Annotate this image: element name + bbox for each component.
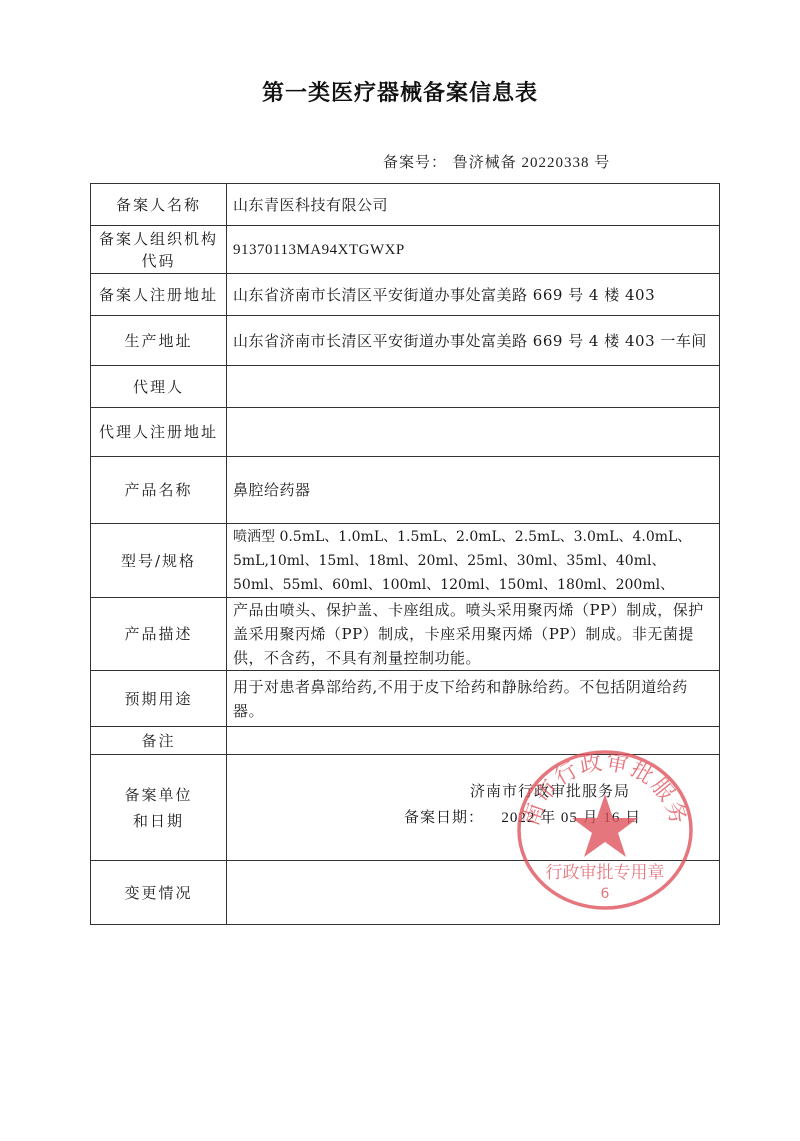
row-value: 用于对患者鼻部给药,不用于皮下给药和静脉给药。不包括阴道给药器。 xyxy=(227,671,720,727)
row-label: 产品描述 xyxy=(91,598,227,671)
label-line: 和日期 xyxy=(97,808,220,834)
record-number: 备案号： 鲁济械备 20220338 号 xyxy=(383,151,610,172)
row-label: 预期用途 xyxy=(91,671,227,727)
row-value xyxy=(227,727,720,755)
row-label: 备案人名称 xyxy=(91,184,227,226)
label-line: 备案单位 xyxy=(97,782,220,808)
table-row-production-address: 生产地址 山东省济南市长清区平安街道办事处富美路 669 号 4 楼 403 一… xyxy=(91,316,720,366)
label-line: 代码 xyxy=(97,250,220,272)
signer-organization: 济南市行政审批服务局 xyxy=(470,779,630,803)
row-value xyxy=(227,408,720,457)
row-label: 变更情况 xyxy=(91,861,227,925)
row-value: 91370113MA94XTGWXP xyxy=(227,226,720,274)
row-label: 生产地址 xyxy=(91,316,227,366)
row-value: 山东省济南市长清区平安街道办事处富美路 669 号 4 楼 403 xyxy=(227,274,720,316)
row-label: 代理人注册地址 xyxy=(91,408,227,457)
table-row-agent: 代理人 xyxy=(91,366,720,408)
row-label: 代理人 xyxy=(91,366,227,408)
label-line: 备案人组织机构 xyxy=(97,228,220,250)
table-row-agent-address: 代理人注册地址 xyxy=(91,408,720,457)
row-label: 备案人组织机构 代码 xyxy=(91,226,227,274)
row-value xyxy=(227,366,720,408)
table-row-applicant-name: 备案人名称 山东青医科技有限公司 xyxy=(91,184,720,226)
date-label: 备案日期： xyxy=(404,808,484,826)
document-title: 第一类医疗器械备案信息表 xyxy=(0,76,800,107)
row-value: 喷洒型 0.5mL、1.0mL、1.5mL、2.0mL、2.5mL、3.0mL、… xyxy=(227,524,720,598)
date-value: 2022 年 05 月 16 日 xyxy=(501,810,641,826)
record-info-table: 备案人名称 山东青医科技有限公司 备案人组织机构 代码 91370113MA94… xyxy=(90,183,720,925)
table-row-model-spec: 型号/规格 喷洒型 0.5mL、1.0mL、1.5mL、2.0mL、2.5mL、… xyxy=(91,524,720,598)
row-label: 产品名称 xyxy=(91,457,227,524)
row-value: 产品由喷头、保护盖、卡座组成。喷头采用聚丙烯（PP）制成，保护盖采用聚丙烯（PP… xyxy=(227,598,720,671)
table-row-change-status: 变更情况 xyxy=(91,861,720,925)
table-row-product-name: 产品名称 鼻腔给药器 xyxy=(91,457,720,524)
row-label: 备案人注册地址 xyxy=(91,274,227,316)
table-row-product-description: 产品描述 产品由喷头、保护盖、卡座组成。喷头采用聚丙烯（PP）制成，保护盖采用聚… xyxy=(91,598,720,671)
row-label: 型号/规格 xyxy=(91,524,227,598)
row-value: 山东省济南市长清区平安街道办事处富美路 669 号 4 楼 403 一车间 xyxy=(227,316,720,366)
record-number-label: 备案号： xyxy=(383,153,447,171)
table-row-unit-and-date: 备案单位 和日期 济南市行政审批服务局 备案日期： 2022 年 05 月 16… xyxy=(91,755,720,861)
row-value: 济南市行政审批服务局 备案日期： 2022 年 05 月 16 日 xyxy=(227,755,720,861)
row-value xyxy=(227,861,720,925)
table-row-remarks: 备注 xyxy=(91,727,720,755)
table-row-org-code: 备案人组织机构 代码 91370113MA94XTGWXP xyxy=(91,226,720,274)
record-number-value: 鲁济械备 20220338 号 xyxy=(453,155,611,171)
row-value: 鼻腔给药器 xyxy=(227,457,720,524)
signer-date: 备案日期： 2022 年 05 月 16 日 xyxy=(404,805,641,830)
row-label: 备案单位 和日期 xyxy=(91,755,227,861)
row-label: 备注 xyxy=(91,727,227,755)
table-row-intended-use: 预期用途 用于对患者鼻部给药,不用于皮下给药和静脉给药。不包括阴道给药器。 xyxy=(91,671,720,727)
row-value: 山东青医科技有限公司 xyxy=(227,184,720,226)
signer-block: 济南市行政审批服务局 备案日期： 2022 年 05 月 16 日 xyxy=(227,755,719,860)
table-row-registered-address: 备案人注册地址 山东省济南市长清区平安街道办事处富美路 669 号 4 楼 40… xyxy=(91,274,720,316)
